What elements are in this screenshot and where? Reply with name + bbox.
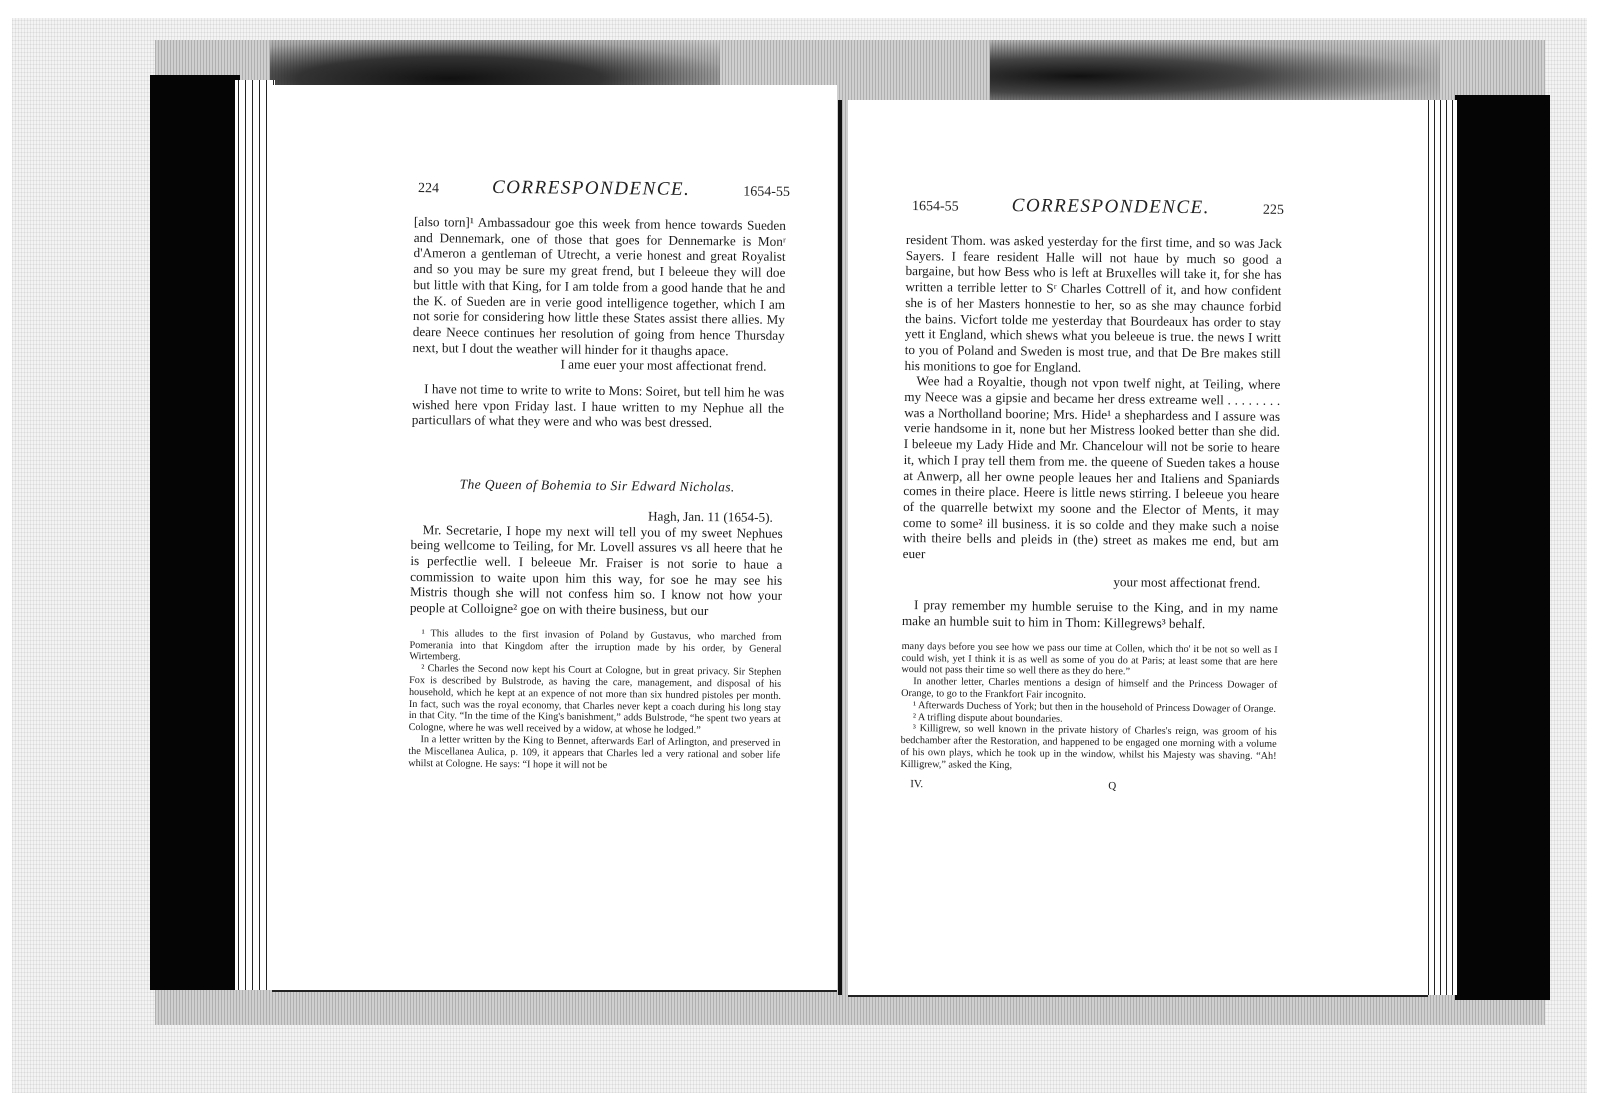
cover-stain-right xyxy=(990,40,1440,100)
left-postscript: I have not time to write to write to Mon… xyxy=(412,381,784,432)
right-running-head: 1654-55 CORRESPONDENCE. 225 xyxy=(912,194,1284,220)
left-running-head: 224 CORRESPONDENCE. 1654-55 xyxy=(418,176,790,202)
left-running-title: CORRESPONDENCE. xyxy=(492,177,690,201)
right-page-body: resident Thom. was asked yesterday for t… xyxy=(900,232,1282,796)
letter-body: Mr. Secretarie, I hope my next will tell… xyxy=(410,522,783,620)
footnote: ³ Killigrew, so well known in the privat… xyxy=(900,723,1276,774)
left-footnotes: ¹ This alludes to the first invasion of … xyxy=(408,628,781,773)
letter-heading: The Queen of Bohemia to Sir Edward Nicho… xyxy=(411,476,783,496)
right-footnotes: many days before you see how we pass our… xyxy=(900,641,1277,775)
cover-edge-right xyxy=(1455,95,1550,1000)
page-edges-left xyxy=(235,80,275,990)
footnote: many days before you see how we pass our… xyxy=(901,641,1277,680)
volume-mark: IV. xyxy=(910,777,923,793)
footnote: In a letter written by the King to Benne… xyxy=(408,734,780,773)
right-paragraph: resident Thom. was asked yesterday for t… xyxy=(905,232,1282,377)
right-paragraph: Wee had a Royaltie, though not vpon twel… xyxy=(903,373,1281,565)
left-paragraph: [also torn]¹ Ambassadour goe this week f… xyxy=(413,214,786,359)
left-page-number: 224 xyxy=(418,181,439,197)
right-running-title: CORRESPONDENCE. xyxy=(1012,195,1210,219)
gathering-letter: Q xyxy=(1108,779,1116,795)
right-page-number: 225 xyxy=(1263,203,1284,219)
right-postscript: I pray remember my humble seruise to the… xyxy=(902,597,1278,632)
footnote: ² Charles the Second now kept his Court … xyxy=(409,663,782,738)
cover-edge-left xyxy=(150,75,240,990)
footnote: ¹ This alludes to the first invasion of … xyxy=(409,628,781,667)
left-running-years: 1654-55 xyxy=(743,184,790,200)
page-edges-right xyxy=(1425,100,1457,995)
left-page-body: [also torn]¹ Ambassadour goe this week f… xyxy=(408,214,786,773)
book-gutter xyxy=(838,100,842,995)
right-running-years: 1654-55 xyxy=(912,199,959,215)
